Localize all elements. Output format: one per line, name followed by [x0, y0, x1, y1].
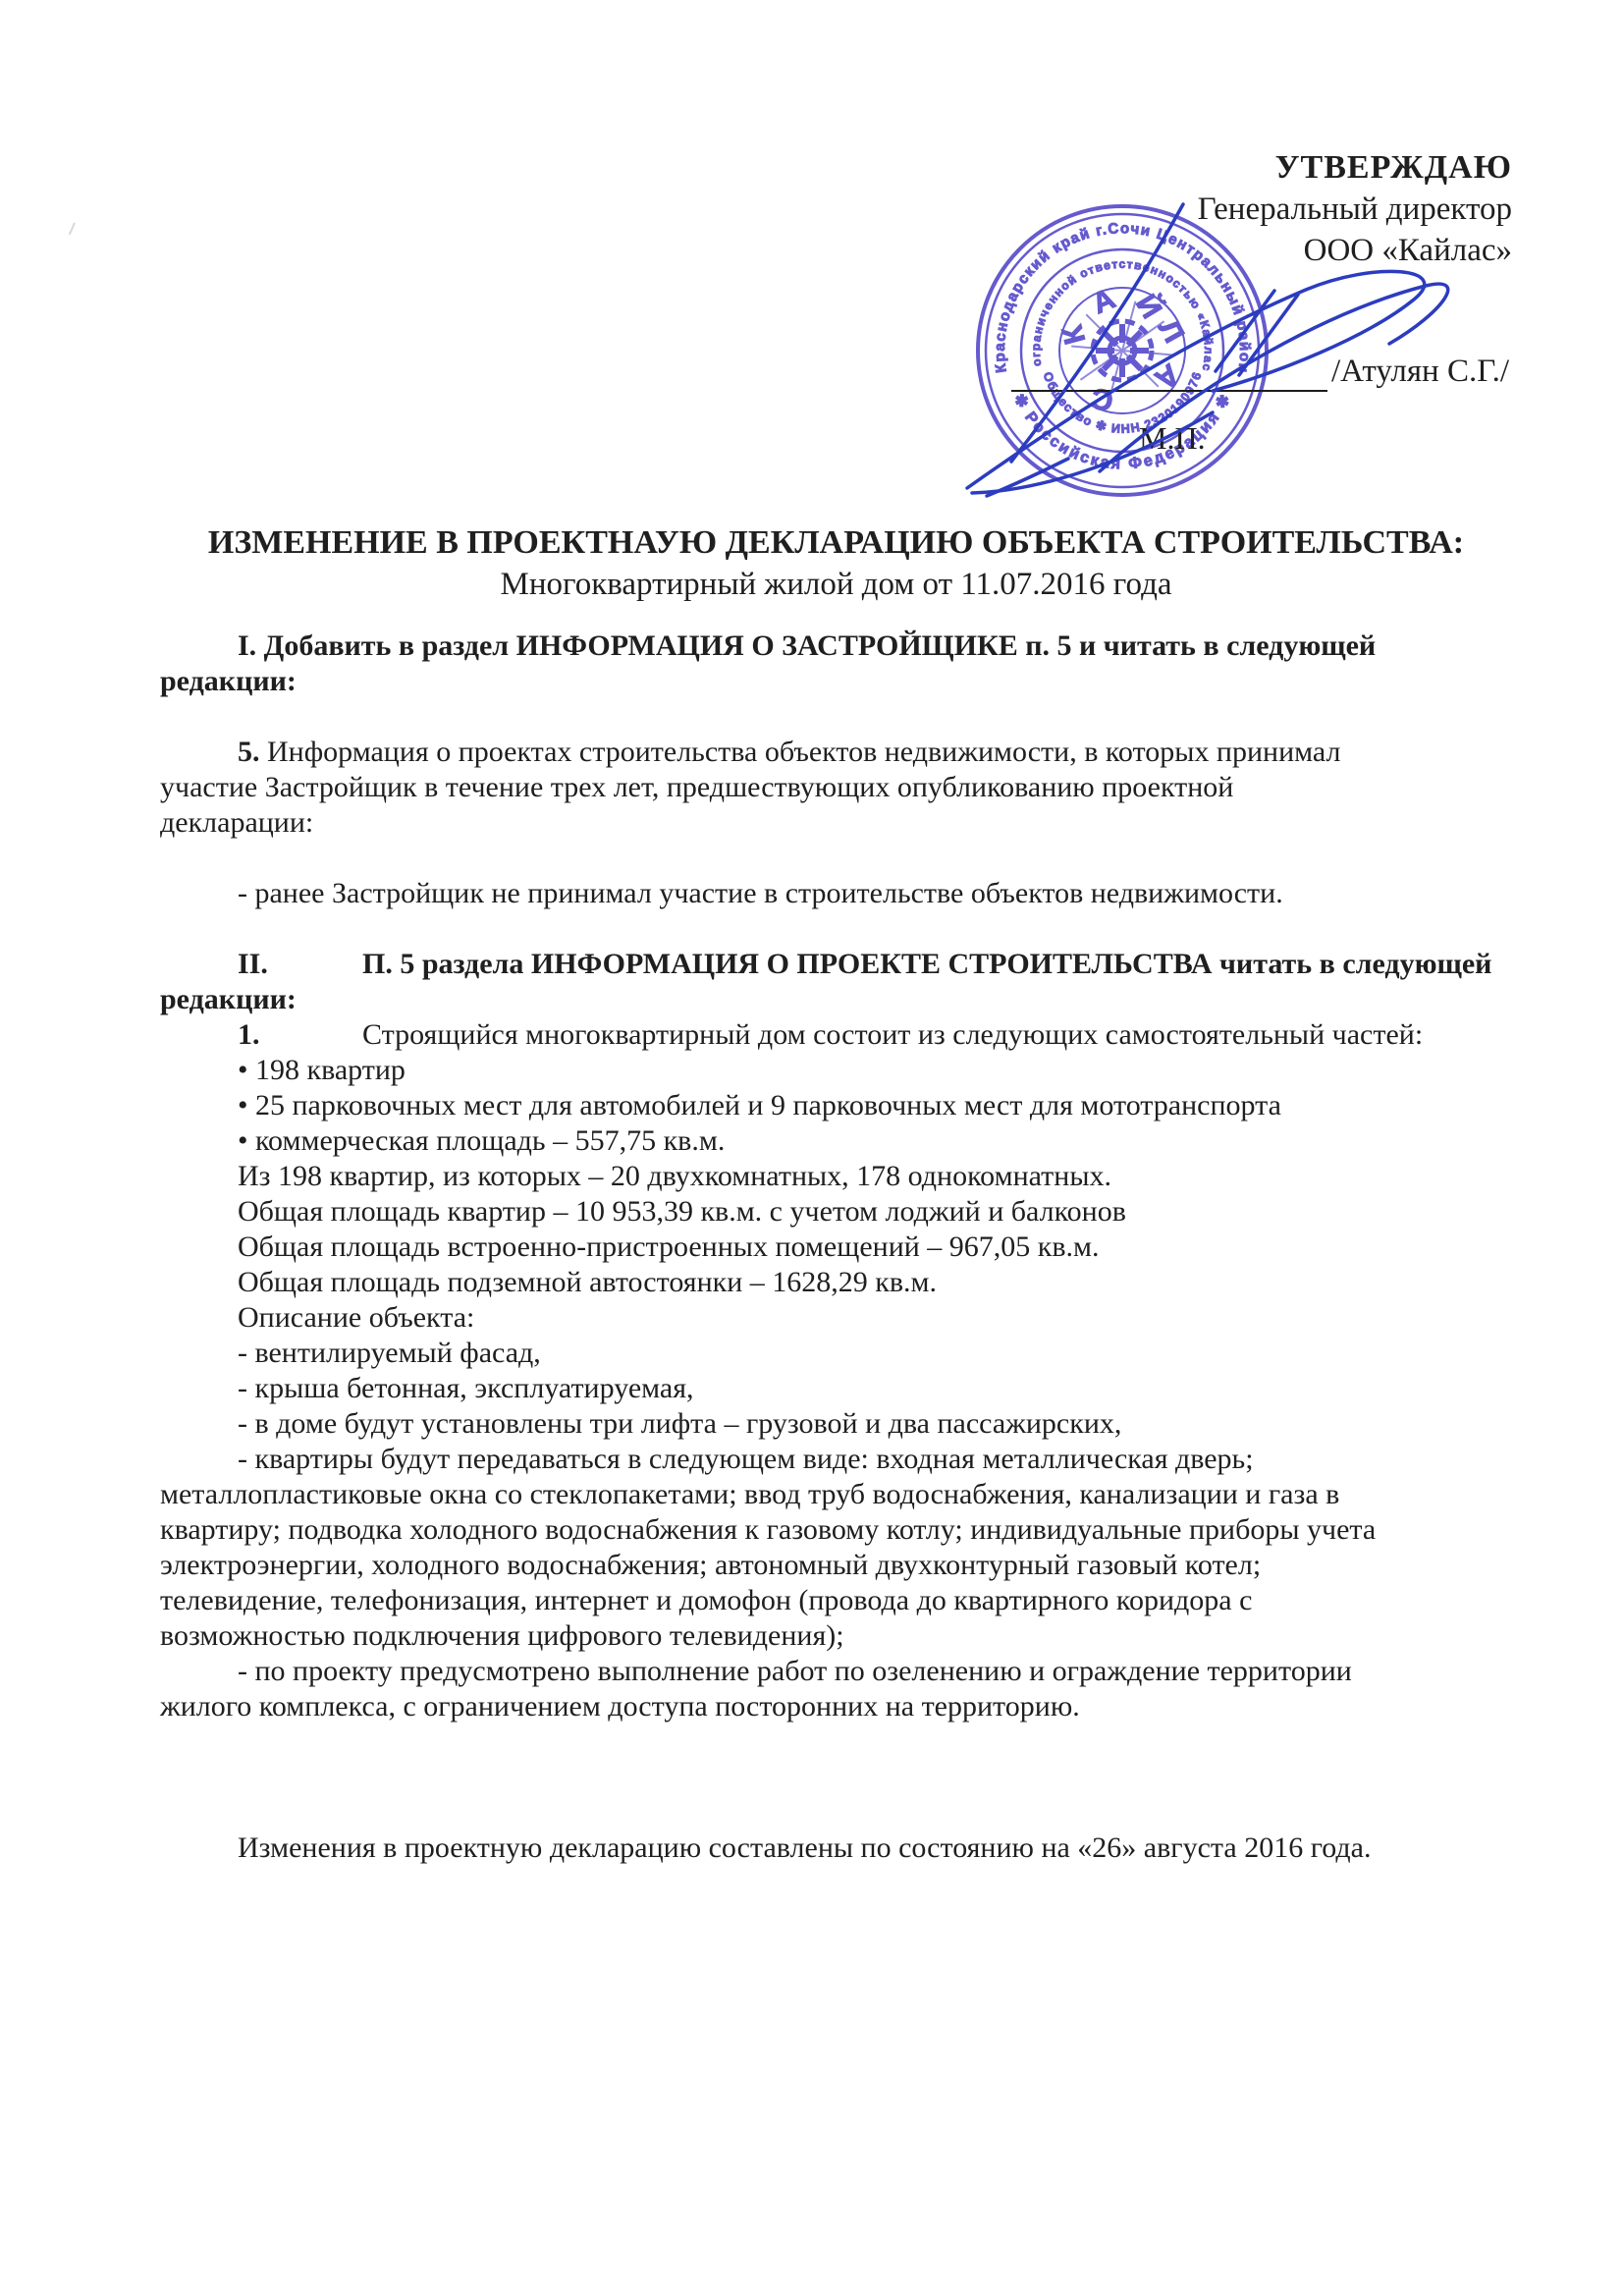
title-line-2: Многоквартирный жилой дом от 11.07.2016 … [160, 564, 1512, 606]
seal-monogram-emblem: КАЙЛАС [1055, 282, 1190, 416]
body-line: участие Застройщик в течение трех лет, п… [160, 770, 1554, 805]
approve-label: УТВЕРЖДАЮ [1198, 147, 1512, 189]
blank-line [160, 1724, 1554, 1760]
body-line: редакции: [160, 664, 1554, 699]
stray-scan-mark [69, 223, 82, 239]
body-line: • 198 квартир [160, 1053, 1554, 1088]
body-line: квартиру; подводка холодного водоснабжен… [160, 1512, 1554, 1548]
line-number-lead: 1. [238, 1017, 362, 1053]
body-text: I. Добавить в раздел ИНФОРМАЦИЯ О ЗАСТРО… [160, 629, 1554, 1866]
blank-line [160, 699, 1554, 735]
blank-line [160, 911, 1554, 947]
body-line: Общая площадь встроенно-пристроенных пом… [160, 1230, 1554, 1265]
blank-line [160, 1760, 1554, 1795]
body-line: возможностью подключения цифрового телев… [160, 1618, 1554, 1654]
body-line: I. Добавить в раздел ИНФОРМАЦИЯ О ЗАСТРО… [160, 629, 1554, 664]
body-line: 5. Информация о проектах строительства о… [160, 735, 1554, 770]
line-number-lead: II. [238, 947, 362, 982]
company-seal-stamp: Краснодарский край г.Сочи Центральный ра… [965, 193, 1279, 508]
monogram-letter: К [1055, 321, 1092, 348]
monogram-letter: С [1089, 381, 1115, 416]
body-line: телевидение, телефонизация, интернет и д… [160, 1583, 1554, 1618]
signature-name: /Атулян С.Г./ [1331, 354, 1509, 390]
body-line: - ранее Застройщик не принимал участие в… [160, 876, 1554, 911]
body-line: 1.Строящийся многоквартирный дом состоит… [160, 1017, 1554, 1053]
emblem-needles [1071, 301, 1173, 400]
body-line: - в доме будут установлены три лифта – г… [160, 1406, 1554, 1442]
body-line: • 25 парковочных мест для автомобилей и … [160, 1088, 1554, 1123]
body-line: металлопластиковые окна со стеклопакетам… [160, 1477, 1554, 1512]
body-line: Общая площадь подземной автостоянки – 16… [160, 1265, 1554, 1300]
seal-place-note: М.П. [1139, 420, 1206, 457]
monogram-letter: Й [1129, 289, 1168, 324]
body-line: Из 198 квартир, из которых – 20 двухкомн… [160, 1159, 1554, 1194]
body-line: - вентилируемый фасад, [160, 1336, 1554, 1371]
body-line: - крыша бетонная, эксплуатируемая, [160, 1371, 1554, 1406]
body-line: - квартиры будут передаваться в следующе… [160, 1442, 1554, 1477]
body-line: декларации: [160, 805, 1554, 841]
scanned-document-page: УТВЕРЖДАЮ Генеральный директор ООО «Кайл… [0, 0, 1623, 2296]
body-line: электроэнергии, холодного водоснабжения;… [160, 1548, 1554, 1583]
body-line: редакции: [160, 982, 1554, 1017]
blank-line [160, 841, 1554, 876]
signature-line [1011, 390, 1327, 392]
blank-line [160, 1795, 1554, 1831]
body-line: жилого комплекса, с ограничением доступа… [160, 1689, 1554, 1724]
body-line: Общая площадь квартир – 10 953,39 кв.м. … [160, 1194, 1554, 1230]
document-title: ИЗМЕНЕНИЕ В ПРОЕКТНАУЮ ДЕКЛАРАЦИЮ ОБЪЕКТ… [160, 521, 1512, 606]
body-line: Изменения в проектную декларацию составл… [160, 1831, 1554, 1866]
line-number-lead: 5. [238, 736, 260, 768]
body-line: - по проекту предусмотрено выполнение ра… [160, 1654, 1554, 1689]
body-line: Описание объекта: [160, 1300, 1554, 1336]
body-line: • коммерческая площадь – 557,75 кв.м. [160, 1123, 1554, 1159]
title-line-1: ИЗМЕНЕНИЕ В ПРОЕКТНАУЮ ДЕКЛАРАЦИЮ ОБЪЕКТ… [160, 521, 1512, 564]
body-line: II.П. 5 раздела ИНФОРМАЦИЯ О ПРОЕКТЕ СТР… [160, 947, 1554, 982]
